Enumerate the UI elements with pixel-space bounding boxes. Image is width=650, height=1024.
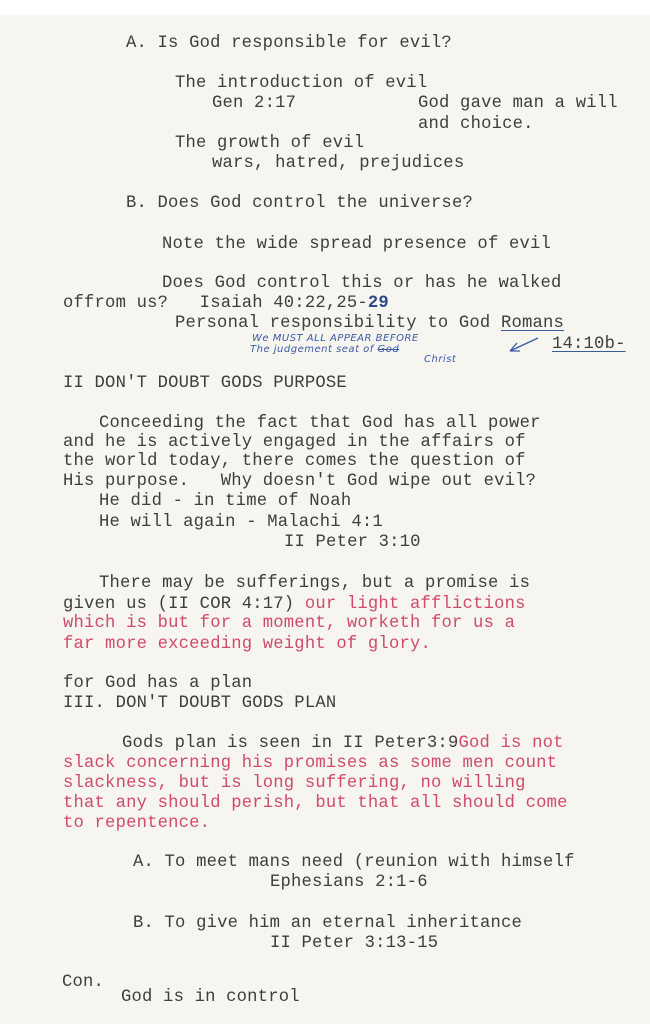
plan-quote-start: God is not [458, 734, 563, 753]
transition-line: for God has a plan [63, 674, 252, 694]
purpose-line-4: His purpose. Why doesn't God wipe out ev… [63, 472, 536, 492]
section-a-heading: A. Is God responsible for evil? [126, 34, 452, 54]
handwritten-struck-word: God [377, 344, 399, 355]
handwritten-verse-correction: 29 [368, 294, 389, 313]
plan-ref: Gods plan is seen in II Peter3:9 [122, 734, 458, 753]
point-a: A. To meet mans need (reunion with himse… [133, 853, 575, 873]
handwritten-correction: Christ [424, 354, 456, 365]
cor-quote-line-3: far more exceeding weight of glory. [63, 635, 431, 655]
point-b: B. To give him an eternal inheritance [133, 914, 522, 934]
conclusion-text: God is in control [121, 988, 300, 1008]
point-a-ref: Ephesians 2:1-6 [270, 873, 428, 893]
romans-ref: Romans [501, 314, 564, 333]
growth-detail: wars, hatred, prejudices [212, 154, 464, 174]
intro-note-2: and choice. [418, 115, 534, 135]
responsibility-text: Personal responsibility to God [175, 314, 501, 333]
handwritten-arrow-icon [506, 336, 540, 354]
intro-label: The introduction of evil [175, 74, 427, 94]
handwritten-note-line-2: The judgement seat of God [250, 344, 399, 355]
romans-verse-text: 14:10b- [552, 335, 626, 354]
plan-quote-line-5: to repentence. [63, 814, 210, 834]
question-line-1: Does God control this or has he walked [162, 274, 562, 294]
suffering-line-2: given us (II COR 4:17) our light afflict… [63, 595, 526, 615]
plan-quote-line-4: that any should perish, but that all sho… [63, 794, 568, 814]
question-line-2-text: offrom us? Isaiah 40:22,25- [63, 294, 368, 313]
section-b-heading: B. Does God control the universe? [126, 194, 473, 214]
intro-note-1: God gave man a will [418, 94, 618, 114]
peter-ref: II Peter 3:10 [284, 533, 421, 553]
romans-verse: 14:10b- [552, 335, 626, 355]
noah-line: He did - in time of Noah [99, 492, 351, 512]
malachi-line: He will again - Malachi 4:1 [99, 513, 383, 533]
growth-label: The growth of evil [175, 134, 364, 154]
section-ii-heading: II DON'T DOUBT GODS PURPOSE [63, 374, 347, 394]
section-iii-heading: III. DON'T DOUBT GODS PLAN [63, 694, 336, 714]
handwritten-note-line-1: We MUST ALL APPEAR BEFORE [252, 333, 419, 344]
conclusion-label: Con. [62, 973, 104, 993]
cor-ref: given us (II COR 4:17) [63, 595, 294, 614]
plan-quote-line-3: slackness, but is long suffering, no wil… [63, 774, 526, 794]
plan-line-1: Gods plan is seen in II Peter3:9God is n… [122, 734, 564, 754]
purpose-line-3: the world today, there comes the questio… [63, 452, 526, 472]
intro-ref: Gen 2:17 [212, 94, 296, 114]
responsibility-line: Personal responsibility to God Romans [175, 314, 564, 334]
suffering-line-1: There may be sufferings, but a promise i… [99, 574, 530, 594]
typed-page: A. Is God responsible for evil? The intr… [0, 15, 650, 1024]
question-line-2: offrom us? Isaiah 40:22,25-29 [63, 294, 389, 314]
spread-note: Note the wide spread presence of evil [162, 235, 551, 255]
purpose-line-2: and he is actively engaged in the affair… [63, 433, 526, 453]
cor-quote-start: our light afflictions [294, 595, 525, 614]
cor-quote-line-2: which is but for a moment, worketh for u… [63, 614, 515, 634]
handwritten-prefix: The judgement seat of [250, 344, 377, 355]
purpose-line-1: Conceeding the fact that God has all pow… [99, 414, 541, 434]
point-b-ref: II Peter 3:13-15 [270, 934, 438, 954]
plan-quote-line-2: slack concerning his promises as some me… [63, 754, 557, 774]
